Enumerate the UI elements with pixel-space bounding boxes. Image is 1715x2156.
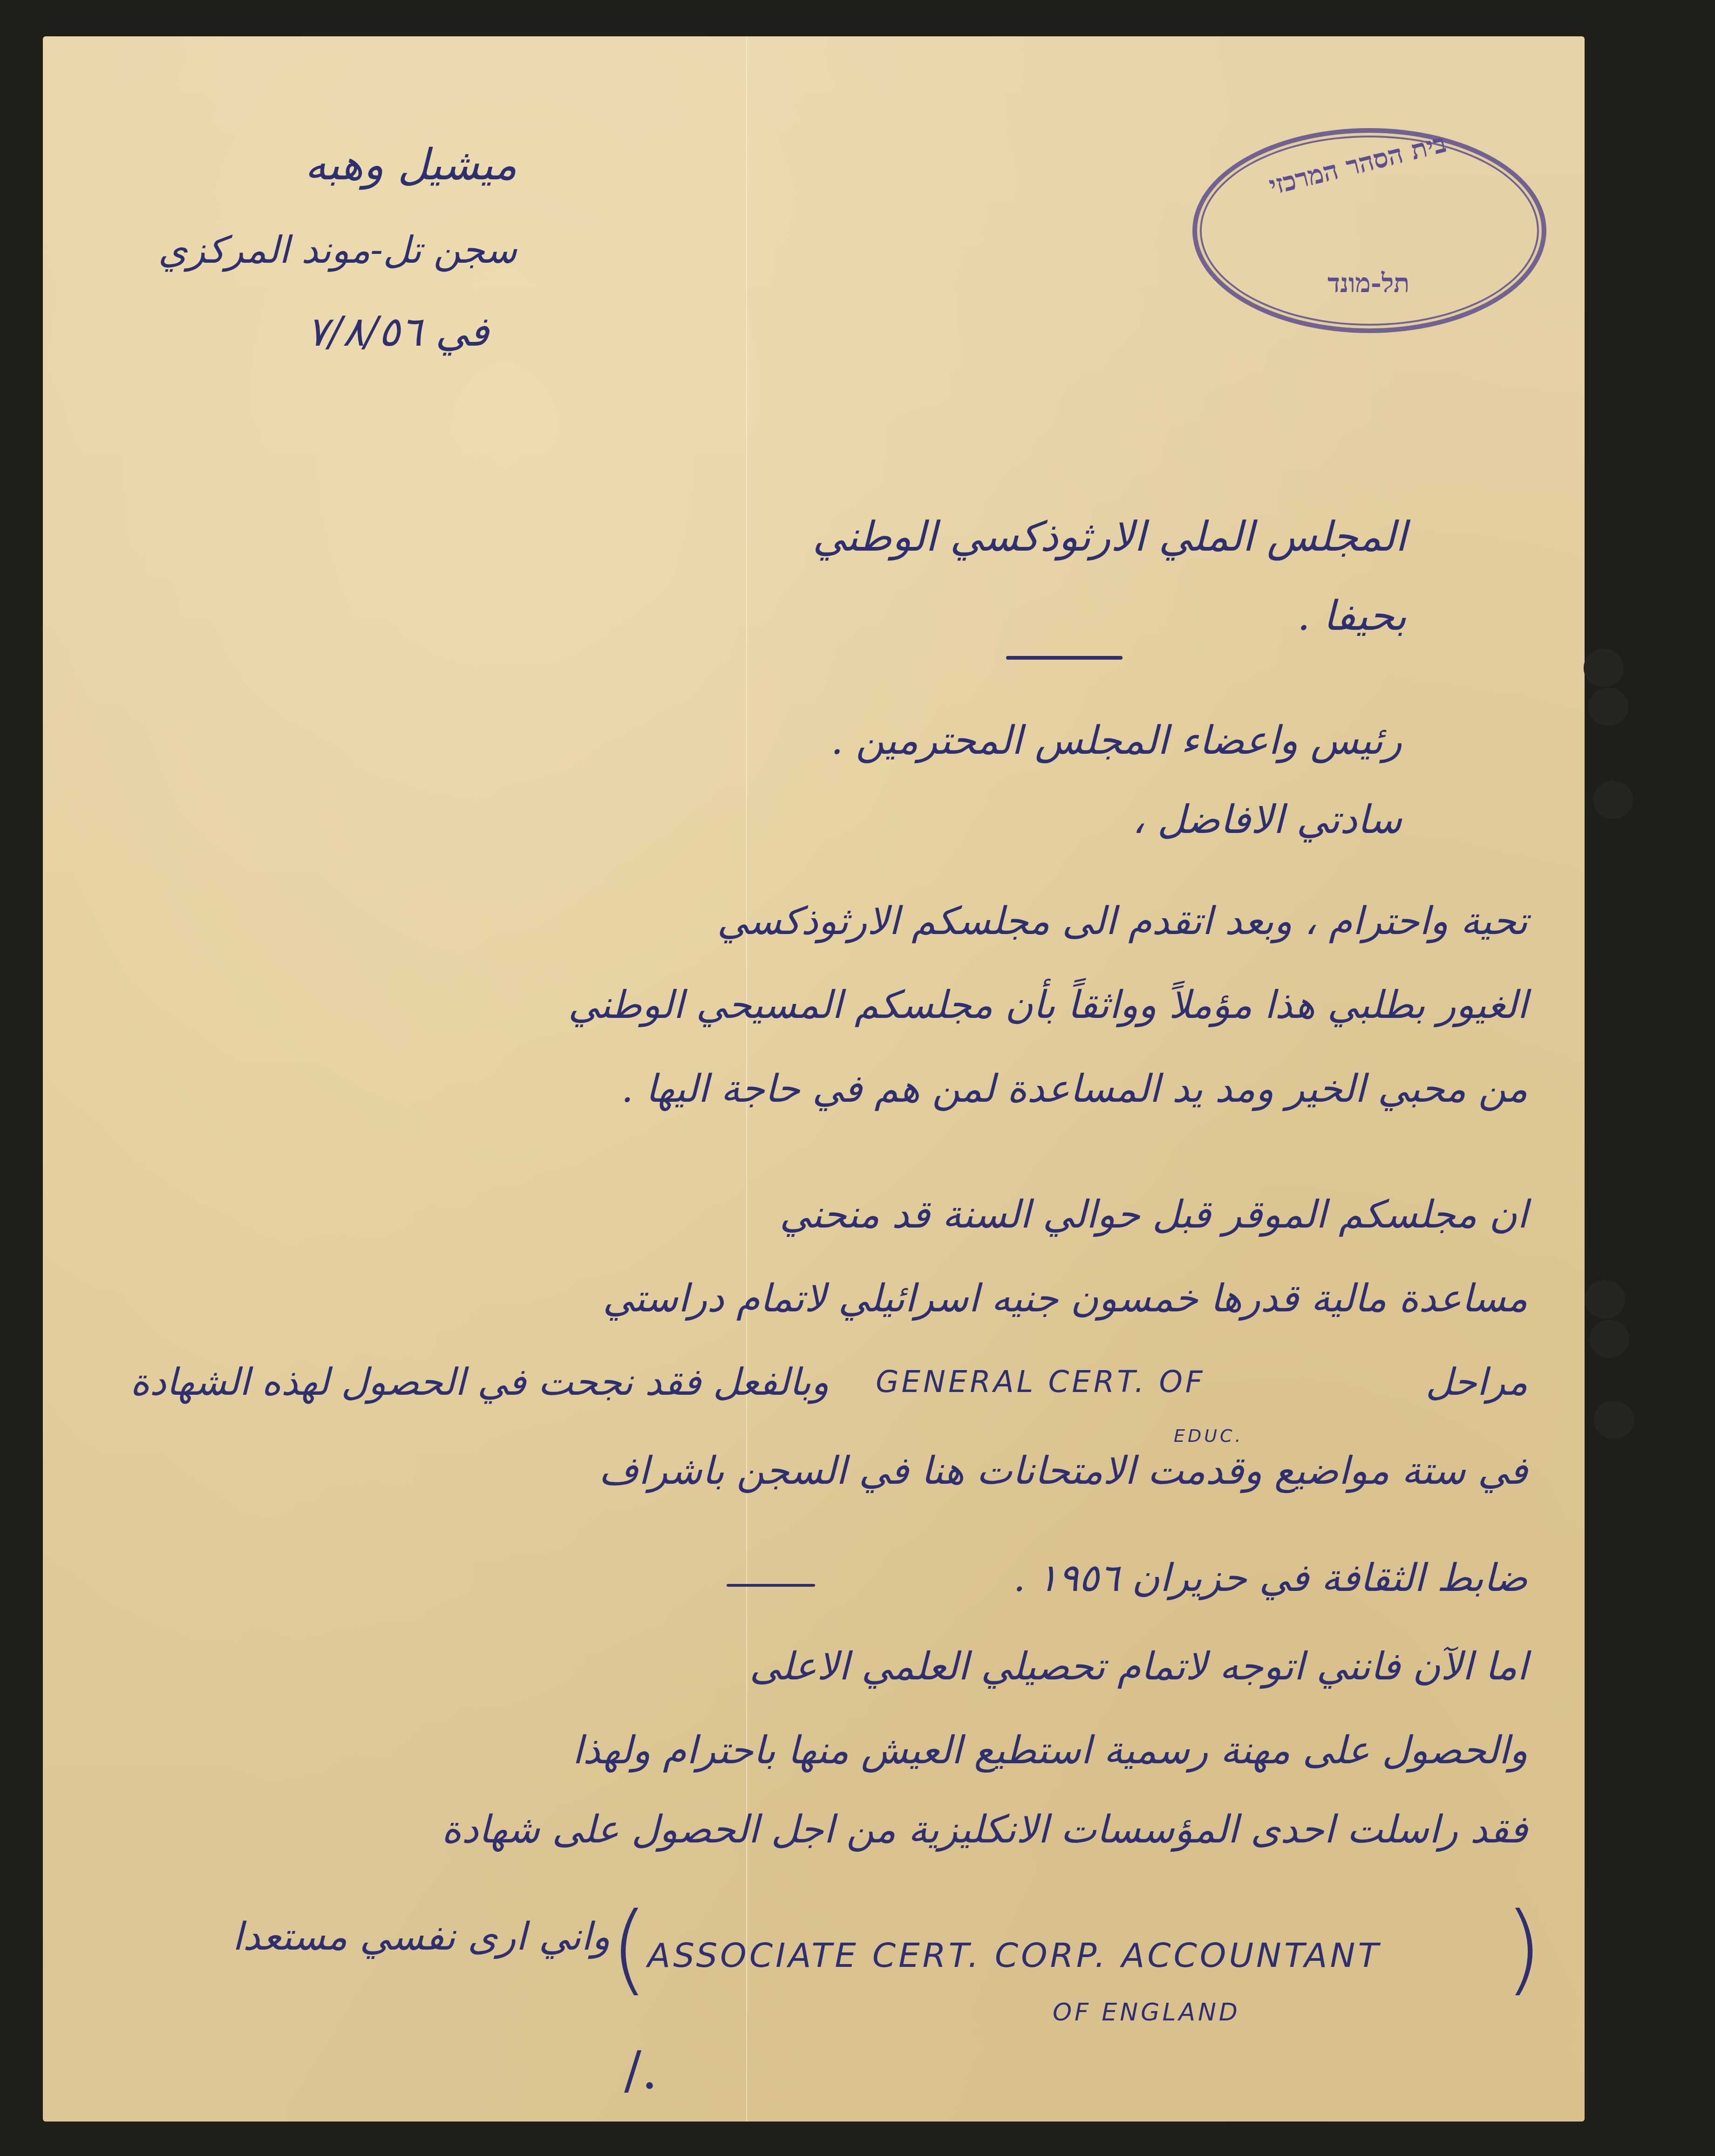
punch-hole	[1588, 688, 1628, 726]
punch-hole	[1594, 1401, 1634, 1439]
body-line-acca-left: واني ارى نفسي مستعدا	[140, 1915, 610, 1959]
punch-hole	[1584, 649, 1624, 687]
sender-name: ميشيل وهبه	[163, 140, 517, 190]
open-paren: (	[610, 1891, 648, 2006]
close-paren: )	[1504, 1891, 1543, 2006]
body-line-gce-right: مراحل	[1281, 1360, 1528, 1404]
salutation-line2: سادتي الافاضل ،	[978, 797, 1402, 842]
body-line: ان مجلسكم الموقر قبل حوالي السنة قد منحن…	[503, 1193, 1528, 1237]
punch-hole	[1589, 1320, 1629, 1358]
acca-english-sub: of ENGLAND	[1053, 1999, 1240, 2026]
year-underline	[727, 1584, 815, 1587]
body-line: تحية واحترام ، وبعد اتقدم الى مجلسكم الا…	[140, 899, 1528, 943]
body-line: مساعدة مالية قدرها خمسون جنيه اسرائيلي ل…	[140, 1276, 1528, 1321]
body-line: الغيور بطلبي هذا مؤملاً وواثقاً بأن مجلس…	[140, 983, 1528, 1027]
body-line: في ستة مواضيع وقدمت الامتحانات هنا في ال…	[140, 1449, 1528, 1493]
gce-english: GENERAL CERT. of	[876, 1365, 1205, 1399]
recipient-line1: المجلس الملي الارثوذكسي الوطني	[838, 512, 1407, 560]
body-line: فقد راسلت احدى المؤسسات الانكليزية من اج…	[140, 1808, 1528, 1852]
punch-hole	[1585, 1280, 1625, 1318]
sender-address: سجن تل-موند المركزي	[163, 228, 517, 272]
body-line: من محبي الخير ومد يد المساعدة لمن هم في …	[326, 1067, 1528, 1111]
body-line: ضابط الثقافة في حزيران ١٩٥٦ .	[512, 1556, 1528, 1600]
gce-english-sub: EDUC.	[1174, 1426, 1244, 1446]
salutation-line1: رئيس واعضاء المجلس المحترمين .	[885, 717, 1402, 763]
acca-english: ASSOCIATE CERT. CORP. ACCOUNTANT	[647, 1936, 1381, 1975]
letter-date: في ٧/٨/٥٦	[163, 307, 489, 355]
body-line: اما الآن فانني اتوجه لاتمام تحصيلي العلم…	[140, 1644, 1528, 1689]
punch-hole	[1593, 781, 1633, 819]
body-line-gce-left: وبالفعل فقد نجحت في الحصول لهذه الشهادة	[140, 1360, 829, 1404]
body-line: والحصول على مهنة رسمية استطيع العيش منها…	[140, 1728, 1528, 1773]
recipient-line2: بحيفا .	[1071, 592, 1407, 640]
page-continuation-mark: /.	[624, 2040, 658, 2100]
recipient-underline	[1006, 656, 1123, 660]
stamp-line2: תל-מונד	[1327, 268, 1409, 299]
